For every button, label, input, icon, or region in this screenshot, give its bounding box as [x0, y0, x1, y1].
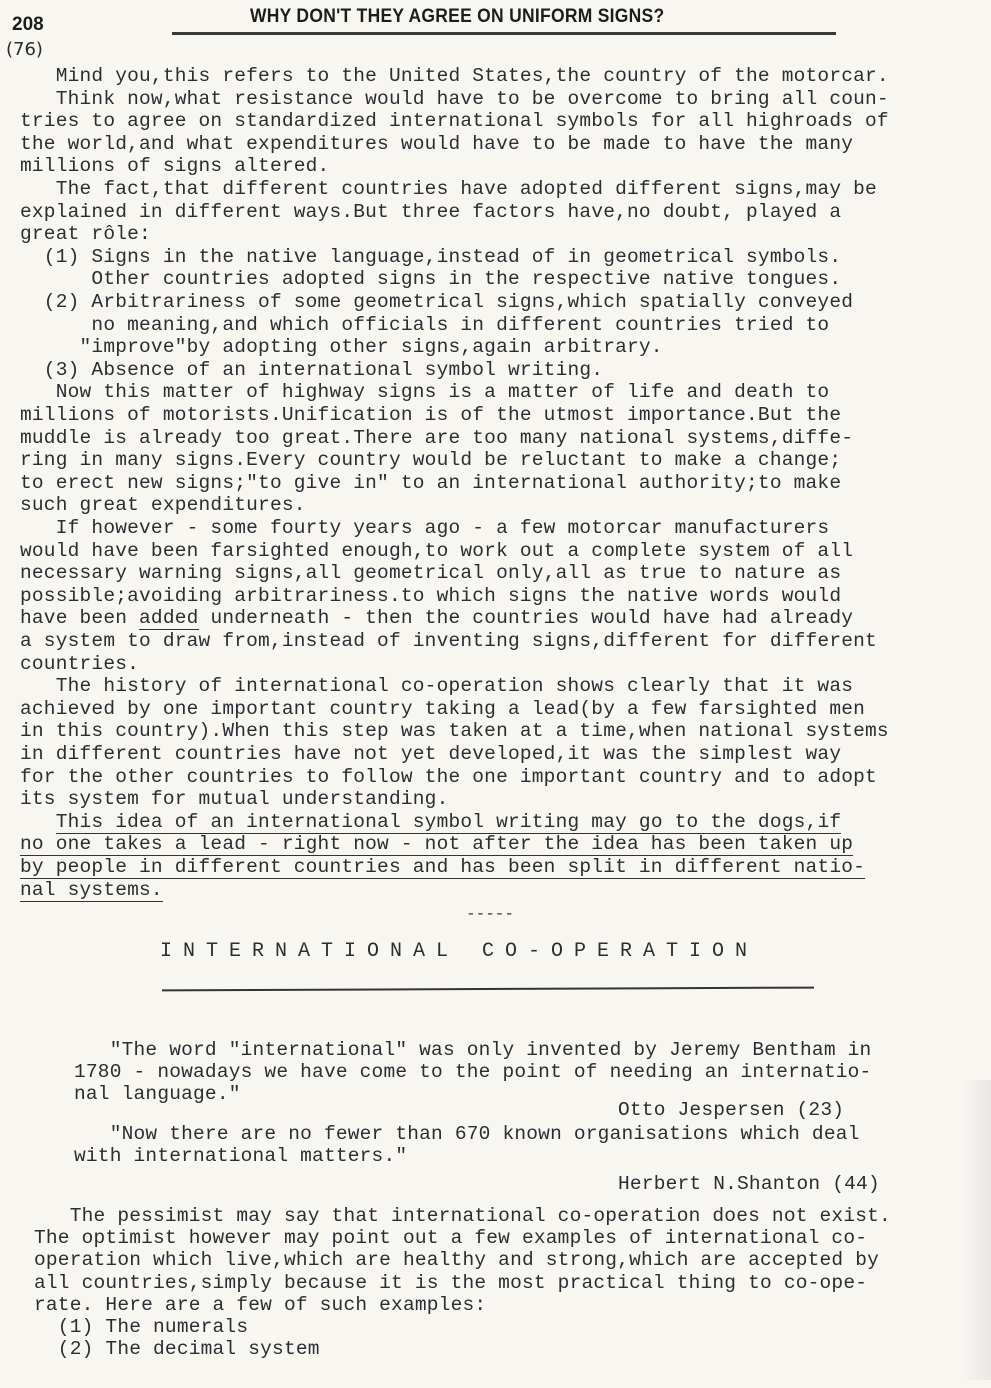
text-line: would have been farsighted enough,to wor…: [20, 541, 853, 563]
emphasis-line: no one takes a lead - right now - not af…: [20, 834, 853, 856]
text-line: (1) Signs in the native language,instead…: [20, 247, 841, 269]
text-line: to erect new signs;"to give in" to an in…: [20, 473, 841, 495]
quote-line: "Now there are no fewer than 670 known o…: [74, 1124, 860, 1146]
text-line: ring in many signs.Every country would b…: [20, 450, 841, 472]
text-line: muddle is already too great.There are to…: [20, 428, 853, 450]
running-title: WHY DON'T THEY AGREE ON UNIFORM SIGNS?: [250, 6, 664, 28]
text-line: such great expenditures.: [20, 495, 306, 517]
text-line: Think now,what resistance would have to …: [20, 89, 889, 111]
text-line: rate. Here are a few of such examples:: [34, 1295, 486, 1317]
text-line: (3) Absence of an international symbol w…: [20, 360, 603, 382]
text-line: achieved by one important country taking…: [20, 699, 865, 721]
text-line: The history of international co-operatio…: [20, 676, 853, 698]
section-rule: [162, 987, 814, 992]
page-edge-shadow: [961, 1080, 991, 1380]
text-line: If however - some fourty years ago - a f…: [20, 518, 829, 540]
text-line: countries.: [20, 654, 139, 676]
quote-line: 1780 - nowadays we have come to the poin…: [74, 1062, 871, 1084]
text-line: explained in different ways.But three fa…: [20, 202, 841, 224]
document-page: 208 (76) WHY DON'T THEY AGREE ON UNIFORM…: [0, 0, 991, 1388]
text-line: in different countries have not yet deve…: [20, 744, 841, 766]
text-line: (2) The decimal system: [34, 1339, 320, 1361]
quote-attribution: Otto Jespersen (23): [618, 1100, 844, 1122]
text-line: a system to draw from,instead of inventi…: [20, 631, 877, 653]
title-rule: [172, 32, 836, 35]
text-line: have been added underneath - then the co…: [20, 608, 853, 630]
quote-attribution: Herbert N.Shanton (44): [618, 1174, 880, 1196]
text-line: in this country).When this step was take…: [20, 721, 889, 743]
page-sub-number: (76): [6, 39, 43, 60]
section-title: INTERNATIONAL CO-OPERATION: [160, 940, 758, 963]
text-line: The pessimist may say that international…: [34, 1206, 891, 1228]
text-line: Other countries adopted signs in the res…: [20, 269, 841, 291]
text-line: necessary warning signs,all geometrical …: [20, 563, 841, 585]
quote-line: nal language.": [74, 1084, 241, 1106]
emphasis-line: by people in different countries and has…: [20, 857, 865, 879]
text-line: for the other countries to follow the on…: [20, 767, 877, 789]
text-line: millions of motorists.Unification is of …: [20, 405, 841, 427]
emphasis-line: nal systems.: [20, 880, 163, 902]
text-line: operation which live,which are healthy a…: [34, 1250, 879, 1272]
text-line: (1) The numerals: [34, 1317, 248, 1339]
text-line: Now this matter of highway signs is a ma…: [20, 382, 829, 404]
text-line: The fact,that different countries have a…: [20, 179, 877, 201]
text-line: tries to agree on standardized internati…: [20, 111, 889, 133]
text-line: all countries,simply because it is the m…: [34, 1273, 867, 1295]
quote-line: with international matters.": [74, 1146, 407, 1168]
underlined-word: added: [139, 607, 199, 630]
text-line: Mind you,this refers to the United State…: [20, 66, 889, 88]
text-line: no meaning,and which officials in differ…: [20, 315, 829, 337]
text-line: millions of signs altered.: [20, 156, 329, 178]
text-line: (2) Arbitrariness of some geometrical si…: [20, 292, 853, 314]
text-line: "improve"by adopting other signs,again a…: [20, 337, 663, 359]
separator: -----: [466, 905, 514, 923]
quote-line: "The word "international" was only inven…: [74, 1040, 871, 1062]
text-line: its system for mutual understanding.: [20, 789, 448, 811]
text-line: possible;avoiding arbitrariness.to which…: [20, 586, 841, 608]
page-number: 208: [12, 14, 44, 36]
text-line: great rôle:: [20, 224, 151, 246]
emphasis-line: This idea of an international symbol wri…: [20, 812, 841, 834]
text-line: The optimist however may point out a few…: [34, 1228, 867, 1250]
text-line: the world,and what expenditures would ha…: [20, 134, 853, 156]
